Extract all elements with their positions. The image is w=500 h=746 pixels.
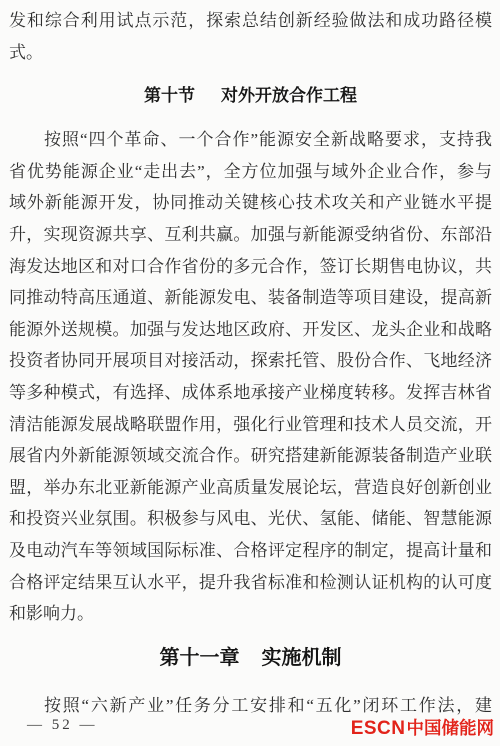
paragraph-line: 和影响力。 [9, 598, 492, 630]
page-content: 发和综合利用试点示范，探索总结创新经验做法和成功路径模 式。 第十节对外开放合作… [9, 5, 492, 721]
paragraph-line: 展省内外新能源领域交流合作。研究搭建新能源装备制造产业联 [9, 440, 492, 472]
paragraph-line: 式。 [9, 37, 492, 69]
document-page: 发和综合利用试点示范，探索总结创新经验做法和成功路径模 式。 第十节对外开放合作… [0, 0, 500, 746]
section-paragraph: 按照“四个革命、一个合作”能源安全新战略要求，支持我 省优势能源企业“走出去”，… [9, 124, 492, 630]
paragraph-line: 盟，举办东北亚新能源产业高质量发展论坛，营造良好创新创业 [9, 472, 492, 504]
paragraph-line: 能源外送规模。加强与发达地区政府、开发区、龙头企业和战略 [9, 314, 492, 346]
paragraph-line: 和投资兴业氛围。积极参与风电、光伏、氢能、储能、智慧能源 [9, 503, 492, 535]
logo-chinese-text: 中国储能网 [407, 715, 495, 740]
continuation-paragraph: 发和综合利用试点示范，探索总结创新经验做法和成功路径模 式。 [9, 5, 492, 68]
page-number: — 52 — [27, 717, 98, 734]
escn-watermark-logo: ESCN 中国储能网 [351, 715, 494, 740]
paragraph-line: 及电动汽车等领域国际标准、合格评定程序的制定，提高计量和 [9, 535, 492, 567]
section-heading-number: 第十节 [144, 86, 195, 105]
chapter-heading: 第十一章实施机制 [9, 642, 492, 674]
paragraph-line: 投资者协同开展项目对接活动，探索托管、股份合作、飞地经济 [9, 345, 492, 377]
paragraph-line: 等多种模式，有选择、成体系地承接产业梯度转移。发挥吉林省 [9, 377, 492, 409]
paragraph-line: 省优势能源企业“走出去”，全方位加强与域外企业合作，参与 [9, 156, 492, 188]
chapter-heading-title: 实施机制 [262, 647, 342, 669]
section-heading: 第十节对外开放合作工程 [9, 80, 492, 112]
paragraph-line: 同推动特高压通道、新能源发电、装备制造等项目建设，提高新 [9, 282, 492, 314]
paragraph-line: 清洁能源发展战略联盟作用，强化行业管理和技术人员交流，开 [9, 409, 492, 441]
chapter-heading-number: 第十一章 [160, 647, 240, 669]
paragraph-line: 合格评定结果互认水平，提升我省标准和检测认证机构的认可度 [9, 567, 492, 599]
section-heading-title: 对外开放合作工程 [221, 86, 357, 105]
paragraph-line: 升，实现资源共享、互利共赢。加强与新能源受纳省份、东部沿 [9, 219, 492, 251]
logo-latin-text: ESCN [351, 718, 406, 740]
page-footer: — 52 — ESCN 中国储能网 [0, 714, 500, 740]
paragraph-line: 海发达地区和对口合作省份的多元合作，签订长期售电协议，共 [9, 251, 492, 283]
paragraph-line: 按照“四个革命、一个合作”能源安全新战略要求，支持我 [9, 124, 492, 156]
paragraph-line: 发和综合利用试点示范，探索总结创新经验做法和成功路径模 [9, 5, 492, 37]
paragraph-line: 域外新能源开发，协同推动关键核心技术攻关和产业链水平提 [9, 187, 492, 219]
